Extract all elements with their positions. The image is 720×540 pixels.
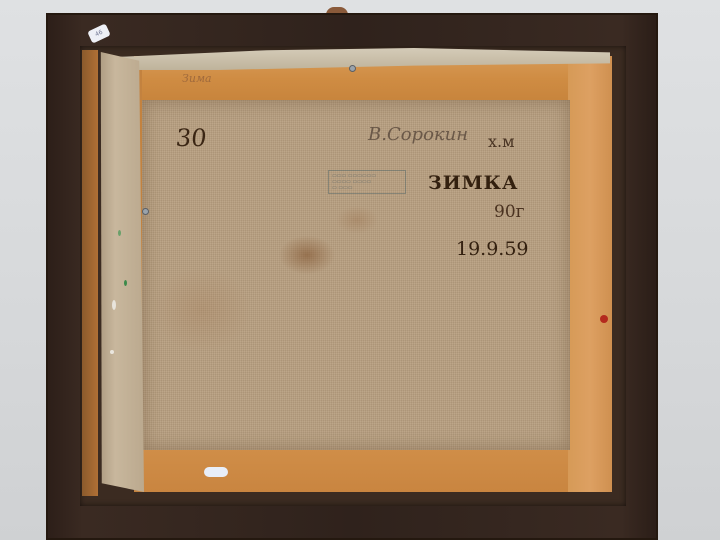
inventory-number: 30: [175, 124, 208, 152]
screw: [350, 66, 355, 71]
year-inscription: 90г: [494, 202, 525, 222]
stretcher-bar-right: [568, 56, 612, 492]
canvas-back: [142, 100, 570, 450]
screw: [143, 209, 148, 214]
medium-inscription: х.м: [488, 132, 515, 151]
title-inscription: ЗИМКА: [428, 172, 518, 194]
paint-daub: [118, 230, 121, 236]
paint-daub: [112, 300, 116, 310]
ink-stamp: ▭▭▭ ▭▭▭▭▭▭ ▭▭▭▭ ▭▭▭▭ ▭ ▭▭▭: [328, 170, 406, 194]
bottom-tag: [204, 467, 228, 477]
frame-inner-edge-left: [82, 50, 98, 496]
author-inscription: В.Сорокин: [368, 124, 468, 145]
paint-daub: [110, 350, 114, 354]
date-inscription: 19.9.59: [456, 238, 529, 260]
canvas-fold-left: [96, 52, 144, 492]
stamp-line: ▭ ▭▭▭: [332, 185, 402, 191]
stretcher-pencil-note: Зима: [182, 72, 212, 85]
paint-daub: [124, 280, 127, 286]
red-paint-spot: [600, 315, 608, 323]
